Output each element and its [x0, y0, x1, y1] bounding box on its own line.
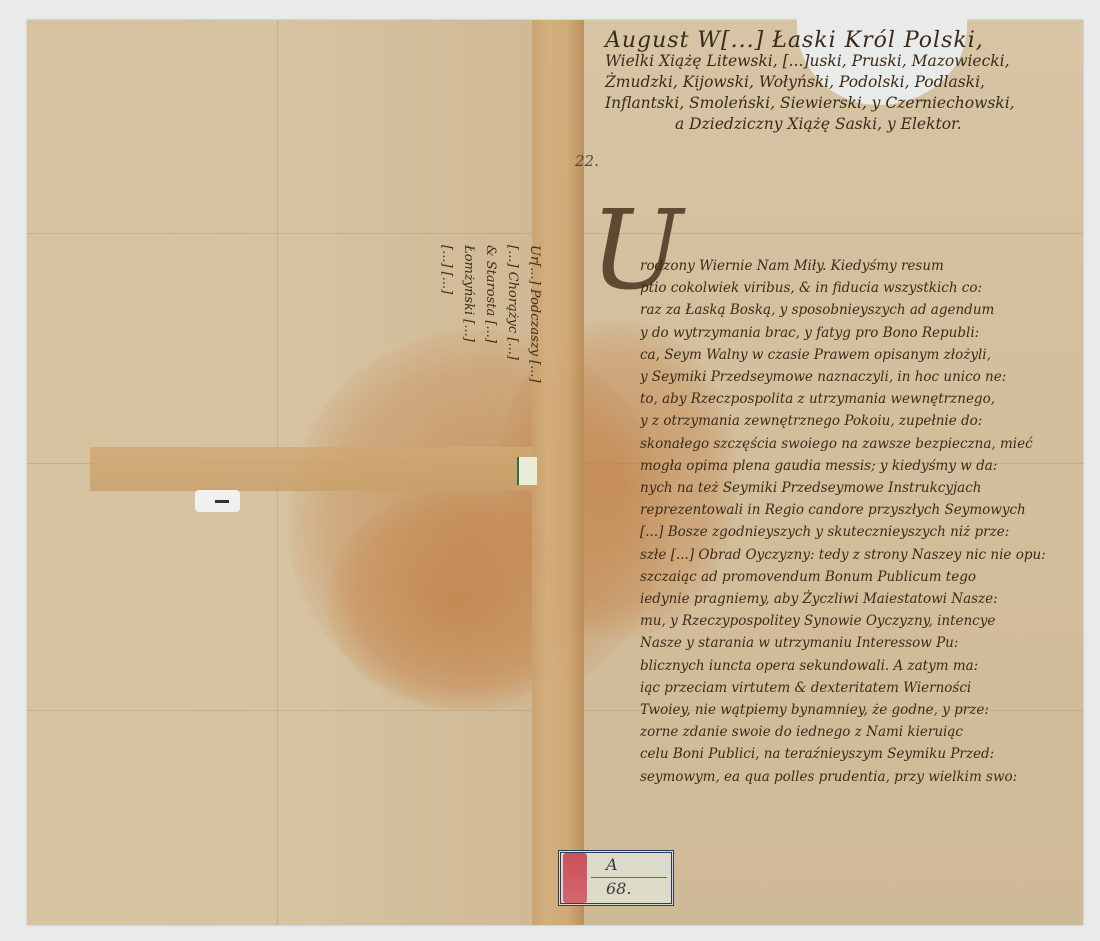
address-note-rotated: Ur[...] Podczaszy [...] [...] Chorążyc [… [385, 245, 545, 505]
body-line: y z otrzymania zewnętrznego Pokoiu, zupe… [640, 410, 1070, 432]
body-line: y Seymiki Przedseymowe naznaczyli, in ho… [640, 366, 1070, 388]
note-line: & Starosta [...] [479, 245, 501, 505]
body-line: mogła opima plena gaudia messis; y kiedy… [640, 455, 1070, 477]
body-line: rodzony Wiernie Nam Miły. Kiedyśmy resum [640, 255, 1070, 277]
archive-shelfmark-label: A 68. [558, 850, 674, 906]
body-line: iąc przeciam virtutem & dexteritatem Wie… [640, 677, 1070, 699]
royal-titulature: August W[...] Łaski Król Polski, Wielki … [605, 30, 1065, 135]
body-line: iedynie pragniemy, aby Życzliwi Maiestat… [640, 588, 1070, 610]
header-line: Inflantski, Smoleński, Siewierski, y Cze… [605, 93, 1065, 114]
body-line: reprezentowali in Regio candore przyszły… [640, 499, 1070, 521]
label-rule [591, 877, 667, 878]
body-line: raz za Łaską Boską, y sposobnieyszych ad… [640, 299, 1070, 321]
body-line: skonałego szczęścia swoiego na zawsze be… [640, 433, 1070, 455]
body-line: zorne zdanie swoie do iednego z Nami kie… [640, 721, 1070, 743]
body-line: szczaiąc ad promovendum Bonum Publicum t… [640, 566, 1070, 588]
body-line: Nasze y starania w utrzymaniu Interessow… [640, 632, 1070, 654]
body-line: mu, y Rzeczypospolitey Synowie Oyczyzny,… [640, 610, 1070, 632]
body-line: blicznych iuncta opera sekundowali. A za… [640, 655, 1070, 677]
note-line: Ur[...] Podczaszy [...] [523, 245, 545, 505]
header-line: Wielki Xiążę Litewski, [...]uski, Pruski… [605, 51, 1065, 72]
body-line: ca, Seym Walny w czasie Prawem opisanym … [640, 344, 1070, 366]
body-line: to, aby Rzeczpospolita z utrzymania wewn… [640, 388, 1070, 410]
body-line: celu Boni Publici, na teraźnieyszym Seym… [640, 743, 1070, 765]
shelfmark-line: 68. [606, 879, 631, 898]
paper-label-scrap [195, 490, 240, 512]
body-line: [...] Bosze zgodnieyszych y skutecznieys… [640, 521, 1070, 543]
body-line: seymowym, ea qua polles prudentia, przy … [640, 766, 1070, 788]
header-line: Żmudzki, Kijowski, Wołyński, Podolski, P… [605, 72, 1065, 93]
header-line: August W[...] Łaski Król Polski, [605, 30, 1065, 51]
body-line: szłe [...] Obrad Oyczyzny: tedy z strony… [640, 544, 1070, 566]
note-line: [...] [...] [435, 245, 457, 505]
body-line: Twoiey, nie wątpiemy bynamniey, że godne… [640, 699, 1070, 721]
note-line: [...] Chorążyc [...] [501, 245, 523, 505]
header-line: a Dziedziczny Xiążę Saski, y Elektor. [605, 114, 1065, 135]
page-number: 22. [575, 152, 599, 170]
body-line: nych na też Seymiki Przedseymowe Instruk… [640, 477, 1070, 499]
letter-body: rodzony Wiernie Nam Miły. Kiedyśmy resum… [640, 255, 1070, 788]
note-line: Łomżyński [...] [457, 245, 479, 505]
body-line: y do wytrzymania brac, y fatyg pro Bono … [640, 322, 1070, 344]
shelfmark-line: A [606, 855, 618, 874]
body-line: ptio cokolwiek viribus, & in fiducia wsz… [640, 277, 1070, 299]
library-stamp-icon [563, 853, 587, 903]
